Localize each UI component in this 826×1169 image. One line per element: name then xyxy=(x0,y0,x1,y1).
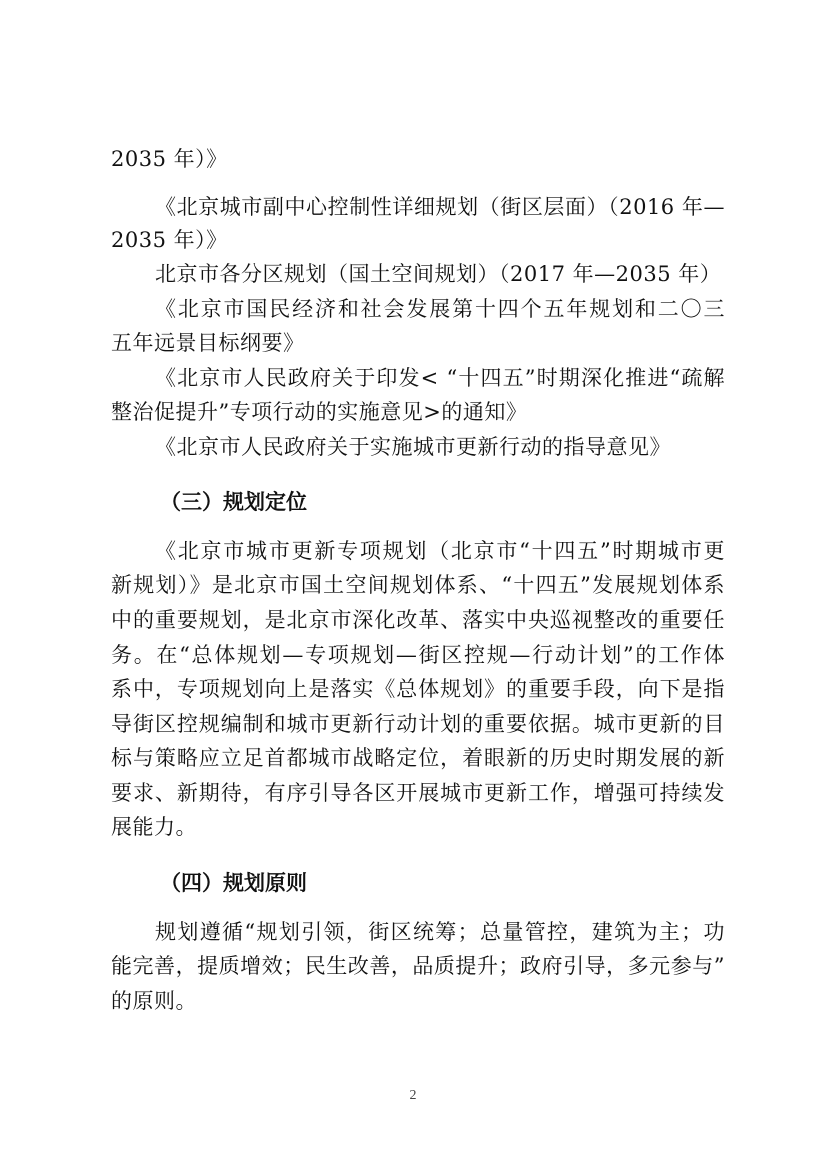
reference-line: 《北京市人民政府关于实施城市更新行动的指导意见》 xyxy=(155,435,725,459)
section-heading: （四）规划原则 xyxy=(160,871,307,895)
paragraph-line: 展能力。 xyxy=(111,815,725,839)
paragraph-line: 系中，专项规划向上是落实《总体规划》的重要手段，向下是指 xyxy=(111,677,725,701)
paragraph-line: 标与策略应立足首都城市战略定位，着眼新的历史时期发展的新 xyxy=(111,746,725,770)
paragraph-line: 规划遵循“规划引领，街区统筹；总量管控，建筑为主；功 xyxy=(155,920,725,944)
paragraph-line: 能完善，提质增效；民生改善，品质提升；政府引导，多元参与” xyxy=(111,954,725,978)
reference-line: 《北京市人民政府关于印发< “十四五”时期深化推进“疏解 xyxy=(155,366,725,390)
reference-line: 五年远景目标纲要》 xyxy=(111,331,725,355)
paragraph-line: 《北京市城市更新专项规划（北京市“十四五”时期城市更 xyxy=(155,539,725,563)
reference-line: 《北京城市副中心控制性详细规划（街区层面）（2016 年— xyxy=(155,195,725,219)
reference-line: 整治促提升”专项行动的实施意见>的通知》 xyxy=(111,400,725,424)
section-heading: （三）规划定位 xyxy=(160,490,307,514)
reference-line: 《北京市国民经济和社会发展第十四个五年规划和二〇三 xyxy=(155,297,725,321)
page-number: 2 xyxy=(0,1088,826,1104)
reference-line: 北京市各分区规划（国土空间规划）（2017 年—2035 年） xyxy=(155,262,725,286)
paragraph-line: 导街区控规编制和城市更新行动计划的重要依据。城市更新的目 xyxy=(111,712,725,736)
paragraph-line: 新规划）》是北京市国土空间规划体系、“十四五”发展规划体系 xyxy=(111,573,725,597)
reference-line: 2035 年）》 xyxy=(111,147,725,171)
paragraph-line: 要求、新期待，有序引导各区开展城市更新工作，增强可持续发 xyxy=(111,781,725,805)
paragraph-line: 的原则。 xyxy=(111,989,725,1013)
paragraph-line: 务。在“总体规划—专项规划—街区控规—行动计划”的工作体 xyxy=(111,643,725,667)
reference-line: 2035 年）》 xyxy=(111,228,725,252)
paragraph-line: 中的重要规划，是北京市深化改革、落实中央巡视整改的重要任 xyxy=(111,608,725,632)
